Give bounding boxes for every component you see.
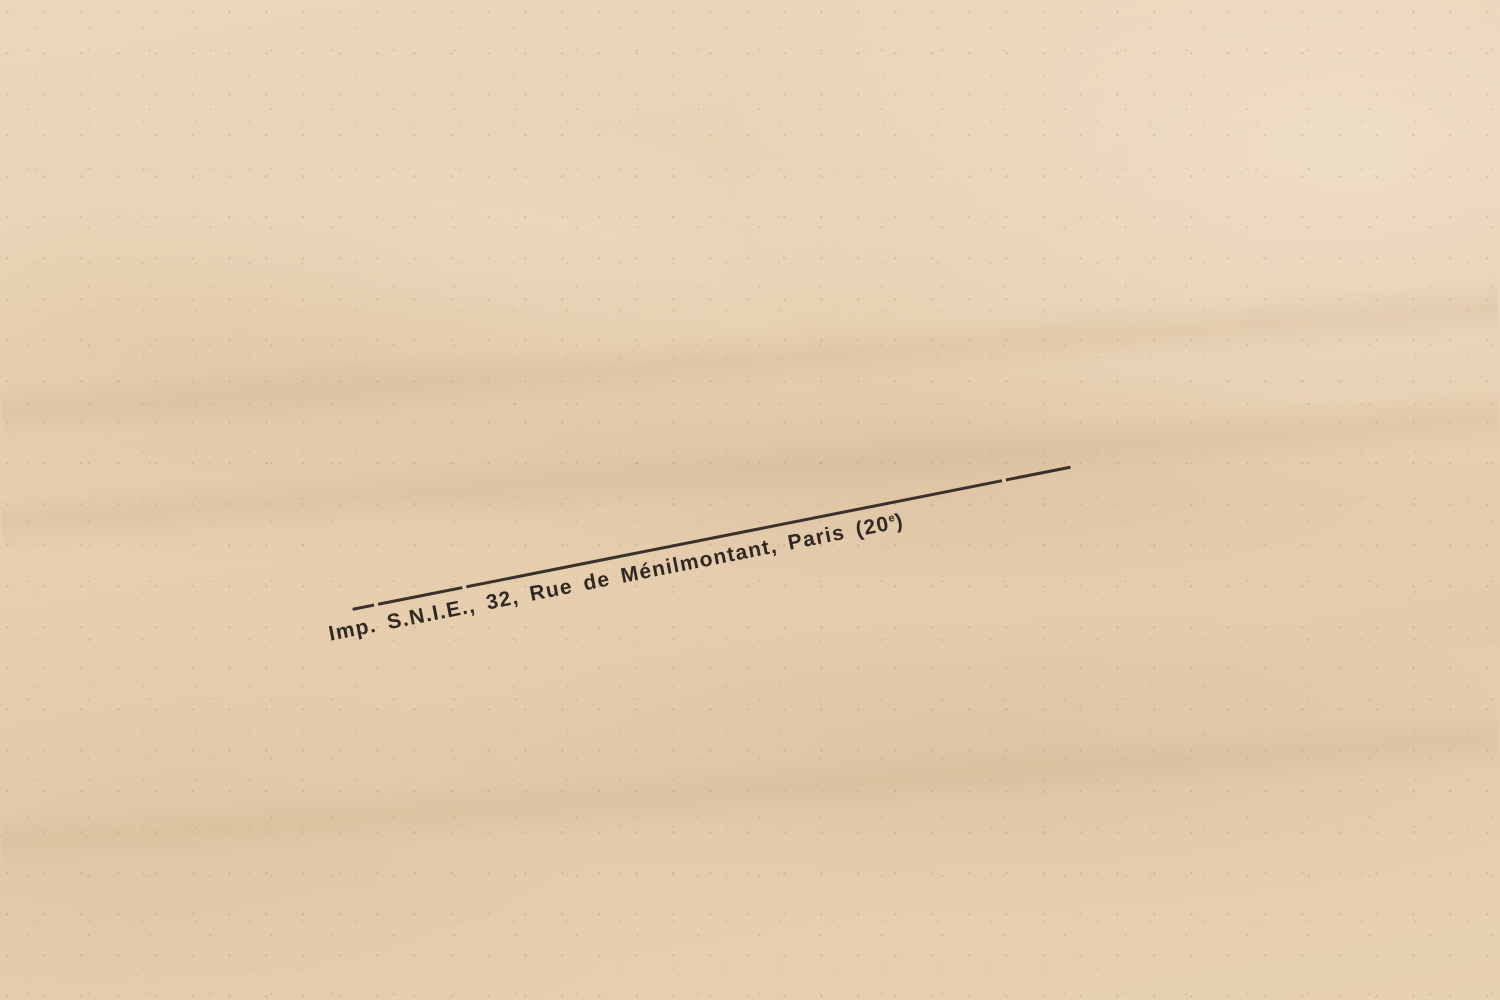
paper-page: Imp. S.N.I.E., 32, Rue de Ménilmontant, … <box>0 0 1500 1000</box>
imprint-rule <box>352 466 1071 611</box>
printer-imprint: Imp. S.N.I.E., 32, Rue de Ménilmontant, … <box>322 454 1083 680</box>
rule-break <box>374 602 379 608</box>
rule-break <box>462 584 467 590</box>
imprint-closing-paren: ) <box>893 509 906 533</box>
paper-shadow-band <box>0 278 1500 442</box>
imprint-main-text: Imp. S.N.I.E., 32, Rue de Ménilmontant, … <box>327 512 892 646</box>
paper-texture <box>0 0 1500 1000</box>
rule-break <box>1001 478 1006 484</box>
paper-shadow-band <box>0 708 1500 872</box>
imprint-text: Imp. S.N.I.E., 32, Rue de Ménilmontant, … <box>327 509 906 646</box>
